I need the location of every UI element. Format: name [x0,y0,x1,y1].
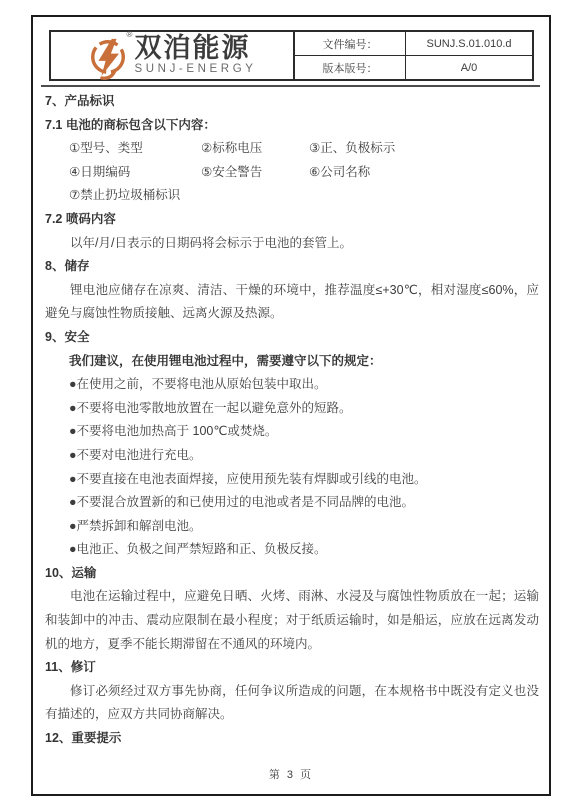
section-12-heading: 12、重要提示 [45,727,539,751]
company-name-chinese: 双洎能源 [134,35,256,62]
label-item-3: ③正、负极标示 [309,137,539,161]
section-8-heading: 8、储存 [45,255,539,279]
section-10-heading: 10、运输 [45,562,539,586]
label-item-1: ①型号、类型 [69,137,201,161]
section-11-heading: 11、修订 [45,656,539,680]
safety-bullet-7: ●严禁拆卸和解剖电池。 [45,515,539,539]
section-9-heading: 9、安全 [45,326,539,350]
section-7-heading: 7、产品标识 [45,90,539,114]
company-logo: ® 双洎能源 SUNJ-ENERGY [51,32,295,79]
document-body: 7、产品标识 7.1 电池的商标包含以下内容： ①型号、类型 ②标称电压 ③正、… [45,90,539,751]
safety-bullet-4: ●不要对电池进行充电。 [45,444,539,468]
section-7-2-body: 以年/月/日表示的日期码将会标示于电池的套管上。 [45,232,539,256]
section-8-body: 锂电池应储存在凉爽、清洁、干燥的环境中，推荐温度≤+30℃，相对湿度≤60%，应… [45,279,539,326]
label-item-4: ④日期编码 [69,161,201,185]
safety-bullet-1: ●在使用之前，不要将电池从原始包装中取出。 [45,373,539,397]
safety-bullet-6: ●不要混合放置新的和已使用过的电池或者是不同品牌的电池。 [45,491,539,515]
registered-trademark-mark: ® [126,31,132,39]
label-item-2: ②标称电压 [201,137,309,161]
label-item-6: ⑥公司名称 [309,161,539,185]
safety-bullet-8: ●电池正、负极之间严禁短路和正、负极反接。 [45,538,539,562]
doc-number-value: SUNJ.S.01.010.d [406,32,532,55]
logo-text: ® 双洎能源 SUNJ-ENERGY [132,35,256,76]
section-7-2-heading: 7.2 喷码内容 [45,208,539,232]
version-label: 版本版号： [295,56,406,79]
section-11-body: 修订必须经过双方事先协商，任何争议所造成的问题，在本规格书中既没有定义也没有描述… [45,680,539,727]
header-divider [41,85,540,87]
section-10-body: 电池在运输过程中，应避免日晒、火烤、雨淋、水浸及与腐蚀性物质放在一起；运输和装卸… [45,585,539,656]
section-9-intro: 我们建议，在使用锂电池过程中，需要遵守以下的规定： [45,350,539,374]
document-header: ® 双洎能源 SUNJ-ENERGY 文件编号： SUNJ.S.01.010.d… [49,30,534,81]
document-info-table: 文件编号： SUNJ.S.01.010.d 版本版号： A/0 [295,32,532,79]
doc-number-label: 文件编号： [295,32,406,55]
label-items-row-1: ①型号、类型 ②标称电压 ③正、负极标示 [45,137,539,161]
section-7-1-heading: 7.1 电池的商标包含以下内容： [45,114,539,138]
safety-bullet-3: ●不要将电池加热高于 100℃或焚烧。 [45,420,539,444]
version-row: 版本版号： A/0 [295,56,532,79]
lightning-circle-icon [87,34,129,80]
document-page: ® 双洎能源 SUNJ-ENERGY 文件编号： SUNJ.S.01.010.d… [31,15,551,796]
safety-bullet-2: ●不要将电池零散地放置在一起以避免意外的短路。 [45,397,539,421]
doc-number-row: 文件编号： SUNJ.S.01.010.d [295,32,532,56]
safety-bullet-5: ●不要直接在电池表面焊接，应使用预先装有焊脚或引线的电池。 [45,468,539,492]
label-items-row-2: ④日期编码 ⑤安全警告 ⑥公司名称 [45,161,539,185]
company-name-english: SUNJ-ENERGY [134,64,256,76]
version-value: A/0 [406,56,532,79]
label-item-5: ⑤安全警告 [201,161,309,185]
page-number: 第 3 页 [33,766,549,782]
label-item-7: ⑦禁止扔垃圾桶标识 [45,184,539,208]
